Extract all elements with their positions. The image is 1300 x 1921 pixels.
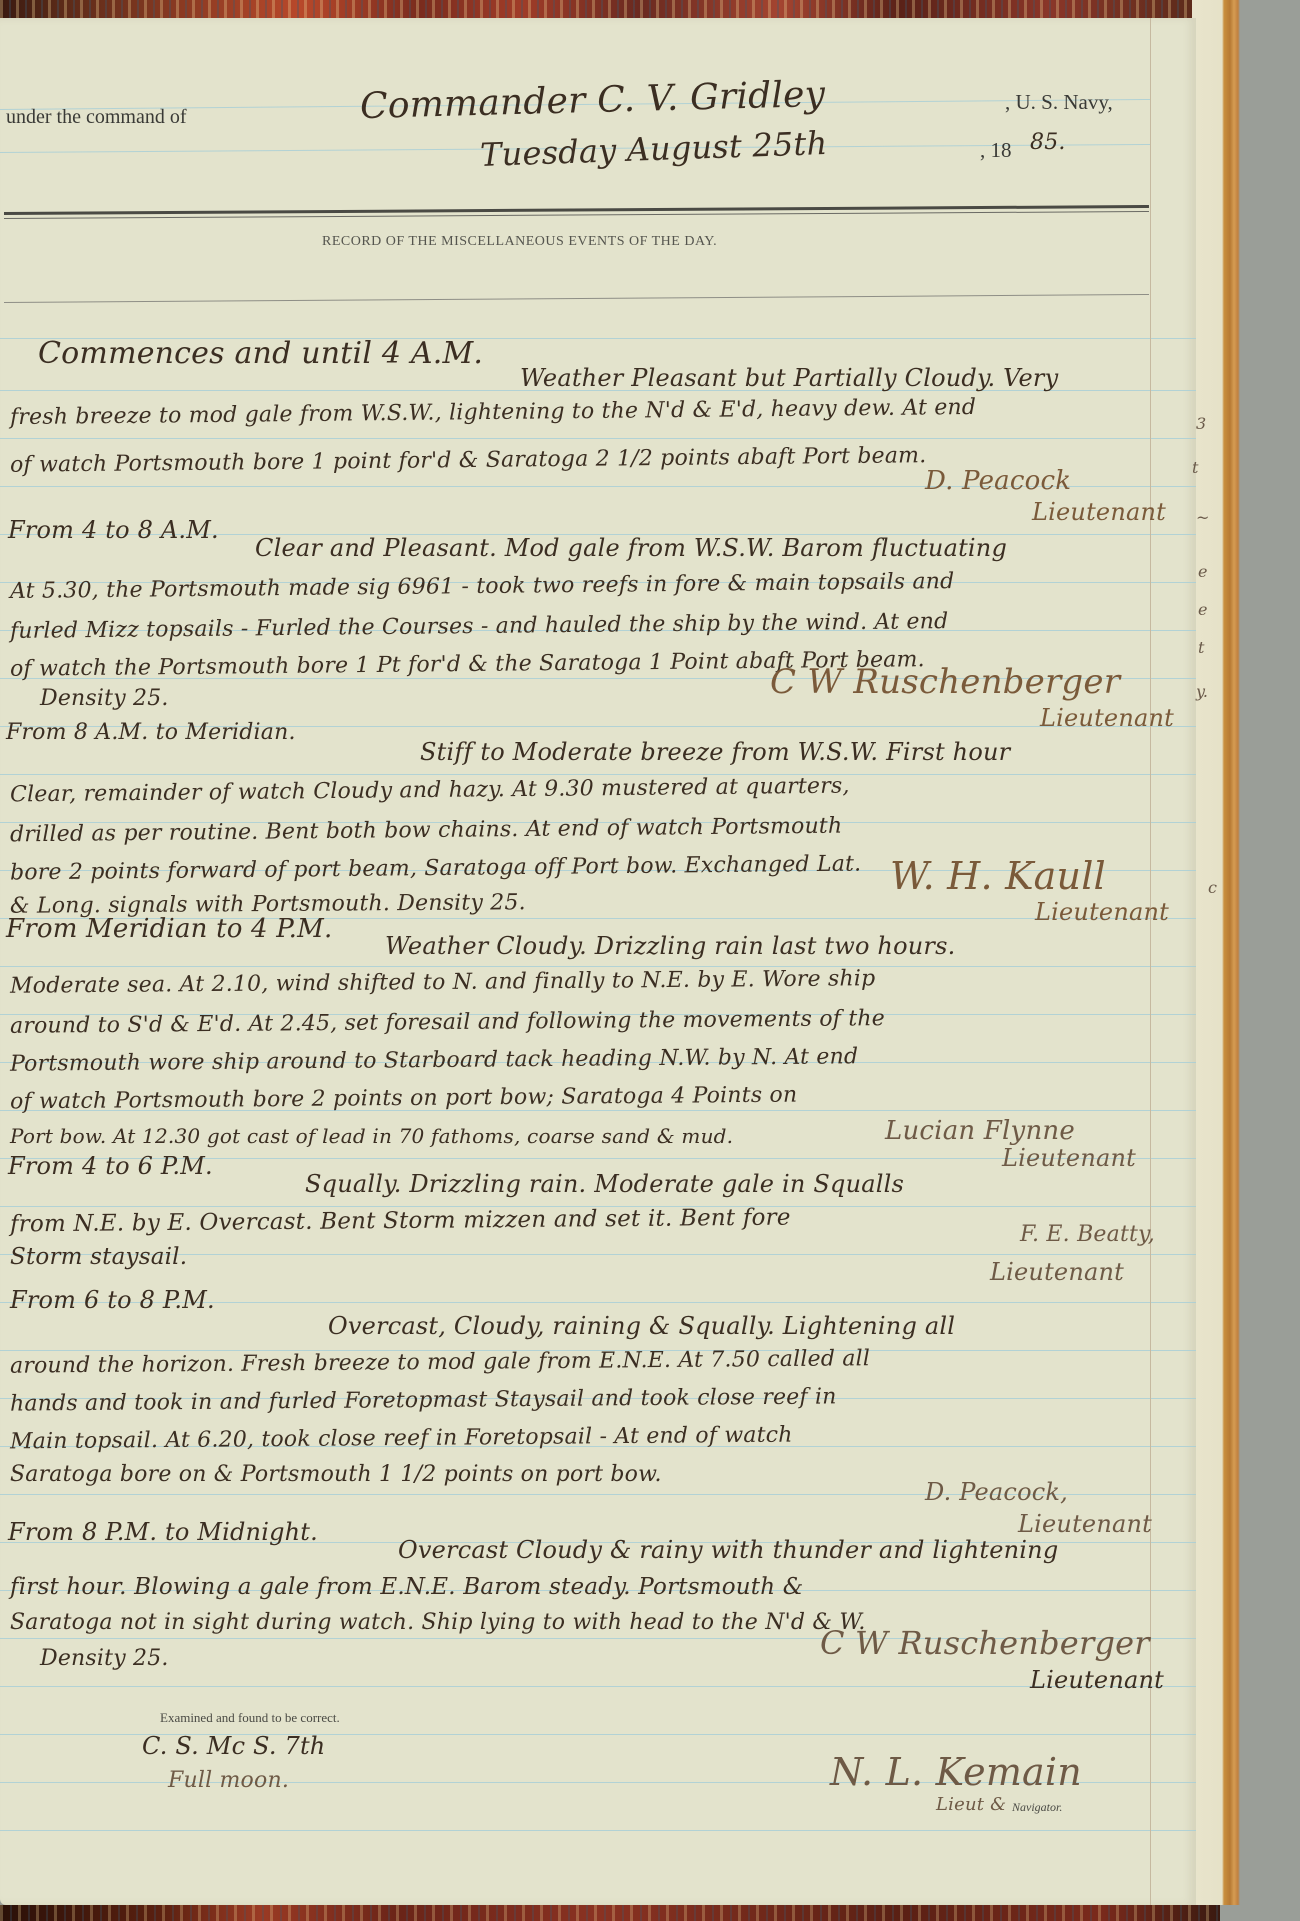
page-edge (1192, 0, 1240, 1905)
log-line: Storm staysail. (10, 1244, 187, 1270)
marbled-cover-top (0, 0, 1200, 18)
officer-signature: D. Peacock, (925, 1478, 1068, 1506)
watch-heading: From 4 to 8 A.M. (8, 516, 219, 544)
officer-rank: Lieutenant (1018, 1510, 1152, 1538)
margin-mark: t (1198, 638, 1204, 657)
year-prefix: , 18 (980, 138, 1012, 163)
officer-signature: C W Ruschenberger (820, 1624, 1150, 1662)
log-line: Weather Pleasant but Partially Cloudy. V… (520, 364, 1058, 392)
examiner-initials: C. S. Mc S. 7th (142, 1732, 325, 1760)
log-line: first hour. Blowing a gale from E.N.E. B… (10, 1574, 803, 1600)
margin-line (1150, 18, 1151, 1905)
officer-signature: F. E. Beatty, (1020, 1222, 1155, 1247)
ruled-line (0, 966, 1196, 967)
ruled-line (0, 1830, 1196, 1831)
officer-rank: Lieutenant (1040, 704, 1174, 732)
log-line: furled Mizz topsails - Furled the Course… (10, 609, 949, 644)
ruled-line (0, 1686, 1196, 1687)
watch-heading: From 8 P.M. to Midnight. (8, 1518, 318, 1546)
margin-mark: 3 (1196, 414, 1206, 433)
logbook-page: under the command of Commander C. V. Gri… (0, 18, 1196, 1905)
record-title: RECORD OF THE MISCELLANEOUS EVENTS OF TH… (322, 234, 717, 250)
log-line: fresh breeze to mod gale from W.S.W., li… (10, 395, 976, 430)
log-line: bore 2 points forward of port beam, Sara… (10, 852, 862, 886)
watch-heading: From 8 A.M. to Meridian. (6, 720, 296, 745)
watch-heading: From Meridian to 4 P.M. (6, 914, 332, 944)
ruled-line (0, 774, 1196, 775)
officer-signature: C W Ruschenberger (770, 662, 1120, 702)
margin-mark: y. (1196, 682, 1208, 701)
log-line: from N.E. by E. Overcast. Bent Storm miz… (10, 1205, 791, 1238)
officer-signature: D. Peacock (925, 466, 1071, 496)
log-line: Clear and Pleasant. Mod gale from W.S.W.… (255, 534, 1007, 562)
log-line: Main topsail. At 6.20, took close reef i… (10, 1423, 793, 1455)
log-line: Saratoga not in sight during watch. Ship… (10, 1610, 866, 1635)
officer-rank: Lieutenant (1032, 498, 1166, 526)
watch-heading: From 4 to 6 P.M. (8, 1152, 213, 1180)
margin-mark: e (1198, 600, 1207, 619)
margin-mark: t (1192, 458, 1198, 477)
log-line: Moderate sea. At 2.10, wind shifted to N… (10, 966, 876, 999)
log-line: Portsmouth wore ship around to Starboard… (10, 1044, 858, 1076)
year-suffix: 85. (1030, 130, 1066, 155)
marbled-cover-bottom (0, 1905, 1220, 1921)
command-label: under the command of (6, 106, 187, 129)
navigator-signature: N. L. Kemain (830, 1750, 1082, 1794)
log-line: of watch Portsmouth bore 1 point for'd &… (10, 443, 927, 478)
examined-label: Examined and found to be correct. (160, 1710, 340, 1726)
log-line: Overcast, Cloudy, raining & Squally. Lig… (328, 1312, 955, 1340)
log-line: Overcast Cloudy & rainy with thunder and… (398, 1536, 1058, 1564)
density-note: Density 25. (40, 1646, 169, 1671)
navy-suffix: , U. S. Navy, (1005, 90, 1113, 115)
log-line: around to S'd & E'd. At 2.45, set foresa… (10, 1006, 885, 1039)
log-line: Saratoga bore on & Portsmouth 1 1/2 poin… (10, 1462, 662, 1487)
margin-mark: ~ (1196, 508, 1209, 527)
log-line: hands and took in and furled Foretopmast… (10, 1384, 837, 1416)
margin-mark: e (1198, 562, 1207, 581)
log-line: Squally. Drizzling rain. Moderate gale i… (305, 1170, 904, 1198)
ruled-line (0, 438, 1196, 439)
watch-heading: From 6 to 8 P.M. (10, 1286, 215, 1314)
officer-rank: Lieutenant (1030, 1666, 1164, 1694)
officer-rank: Lieutenant (1002, 1144, 1136, 1172)
officer-signature: Lucian Flynne (885, 1116, 1075, 1146)
margin-mark: c (1208, 878, 1217, 897)
log-line: drilled as per routine. Bent both bow ch… (10, 814, 843, 848)
log-date: Tuesday August 25th (479, 124, 828, 174)
log-line: Port bow. At 12.30 got cast of lead in 7… (10, 1124, 733, 1148)
watch-heading: Commences and until 4 A.M. (38, 336, 483, 371)
log-line: Weather Cloudy. Drizzling rain last two … (385, 932, 955, 960)
log-line: around the horizon. Fresh breeze to mod … (10, 1346, 870, 1379)
navigator-rank-handwritten: Lieut & (936, 1794, 1006, 1815)
log-line: Clear, remainder of watch Cloudy and haz… (10, 774, 850, 808)
log-line: Stiff to Moderate breeze from W.S.W. Fir… (420, 738, 1010, 766)
officer-rank: Lieutenant (1035, 898, 1169, 926)
moon-note: Full moon. (168, 1768, 289, 1793)
officer-rank: Lieutenant (990, 1258, 1124, 1286)
record-title-rule (4, 294, 1149, 303)
log-line: At 5.30, the Portsmouth made sig 6961 - … (10, 569, 955, 604)
navigator-rank-printed: Navigator. (1012, 1800, 1062, 1815)
officer-signature: W. H. Kaull (890, 854, 1106, 898)
density-note: Density 25. (40, 686, 169, 711)
commander-name: Commander C. V. Gridley (360, 74, 826, 127)
